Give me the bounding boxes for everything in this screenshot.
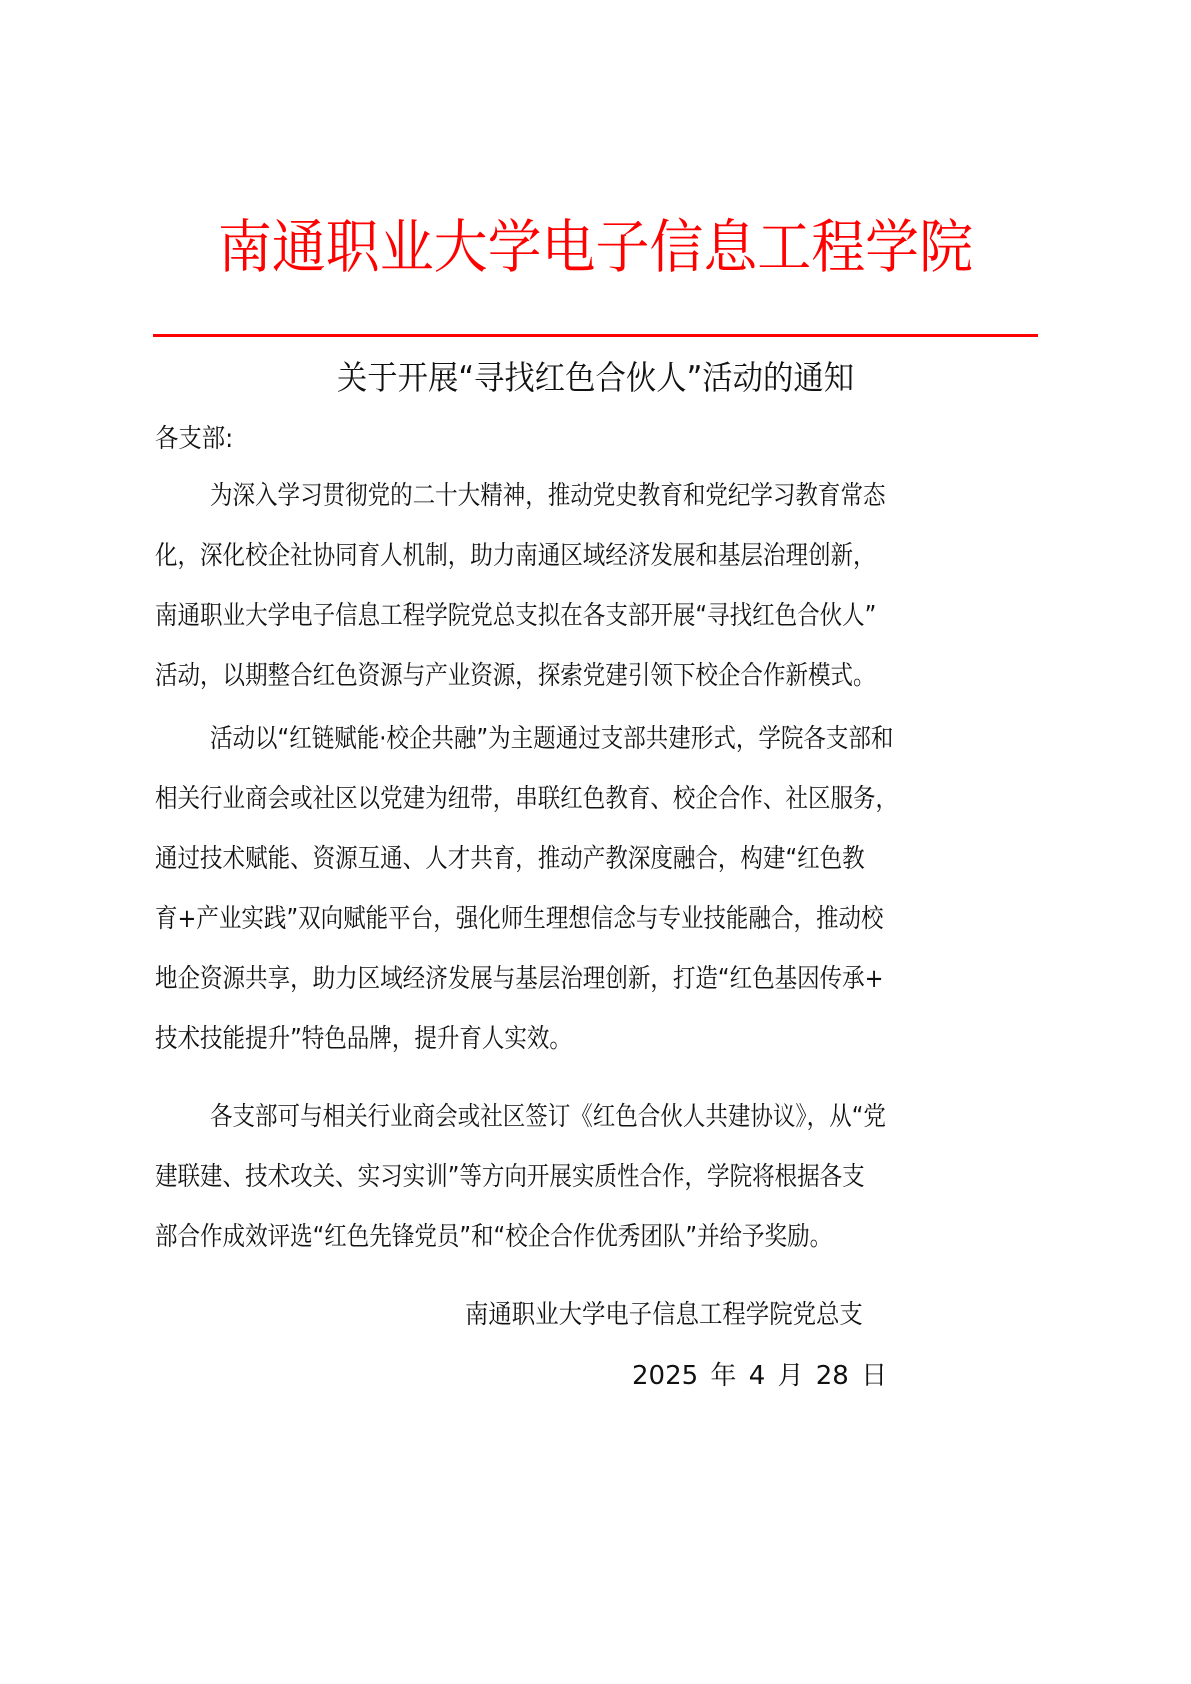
paragraph-2-line-5: 地企资源共享，助力区域经济发展与基层治理创新，打造“红色基因传承+: [155, 962, 926, 996]
document-page: 南通职业大学电子信息工程学院 关于开展“寻找红色合伙人”活动的通知 各支部: 为…: [0, 0, 1191, 1684]
paragraph-1-line-2: 化，深化校企社协同育人机制，助力南通区域经济发展和基层治理创新，: [155, 539, 926, 573]
paragraph-2-line-4: 育+产业实践”双向赋能平台，强化师生理想信念与专业技能融合，推动校: [155, 902, 926, 936]
salutation: 各支部:: [155, 422, 233, 456]
paragraph-1-line-4: 活动，以期整合红色资源与产业资源，探索党建引领下校企合作新模式。: [155, 659, 926, 693]
document-title: 关于开展“寻找红色合伙人”活动的通知: [48, 357, 1144, 399]
masthead-title: 南通职业大学电子信息工程学院: [42, 212, 1150, 282]
paragraph-3-line-2: 建联建、技术攻关、实习实训”等方向开展实质性合作，学院将根据各支: [155, 1160, 926, 1194]
paragraph-2-line-1: 活动以“红链赋能·校企共融”为主题通过支部共建形式，学院各支部和: [210, 722, 981, 756]
paragraph-2-line-6: 技术技能提升”特色品牌，提升育人实效。: [155, 1022, 926, 1056]
paragraph-2-line-3: 通过技术赋能、资源互通、人才共育，推动产教深度融合，构建“红色教: [155, 842, 926, 876]
paragraph-3-line-1: 各支部可与相关行业商会或社区签订《红色合伙人共建协议》，从“党: [210, 1100, 981, 1134]
document-date: 2025 年 4 月 28 日: [632, 1359, 887, 1393]
paragraph-2-line-2: 相关行业商会或社区以党建为纽带，串联红色教育、校企合作、社区服务，: [155, 782, 926, 816]
red-divider-rule: [153, 334, 1038, 337]
paragraph-1-line-3: 南通职业大学电子信息工程学院党总支拟在各支部开展“寻找红色合伙人”: [155, 599, 926, 633]
signature-organization: 南通职业大学电子信息工程学院党总支: [465, 1298, 863, 1332]
paragraph-3-line-3: 部合作成效评选“红色先锋党员”和“校企合作优秀团队”并给予奖励。: [155, 1220, 926, 1254]
paragraph-1-line-1: 为深入学习贯彻党的二十大精神，推动党史教育和党纪学习教育常态: [210, 479, 981, 513]
